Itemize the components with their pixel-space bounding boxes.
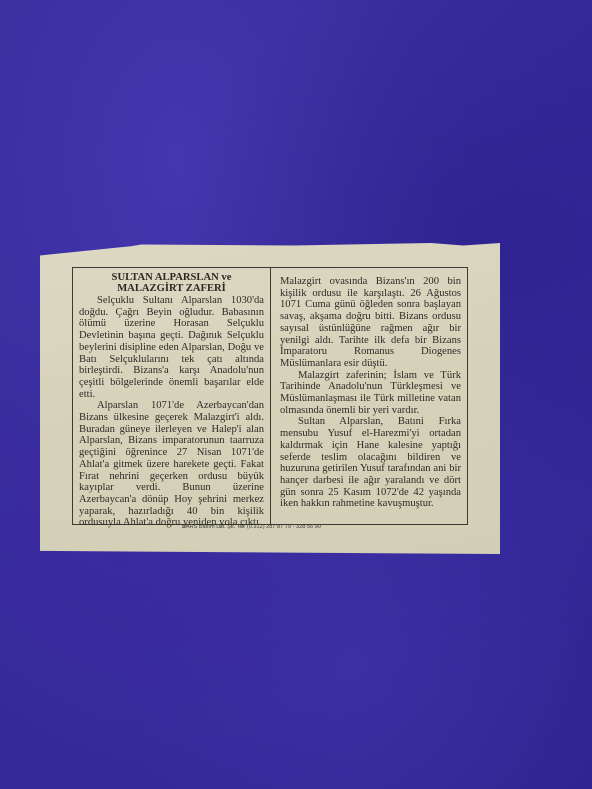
article-title-line-1: SULTAN ALPARSLAN ve xyxy=(79,272,264,283)
article-paragraph: Malazgirt ovasında Bizans'ın 200 bin kiş… xyxy=(280,276,461,370)
article-title: SULTAN ALPARSLAN ve MALAZGİRT ZAFERİ xyxy=(79,272,264,294)
article-frame: SULTAN ALPARSLAN ve MALAZGİRT ZAFERİ Sel… xyxy=(72,267,468,525)
article-left-column: SULTAN ALPARSLAN ve MALAZGİRT ZAFERİ Sel… xyxy=(73,268,271,524)
article-paragraph: Sultan Alparslan, Batıni Fırka mensubu Y… xyxy=(280,416,461,510)
article-paragraph: Selçuklu Sultanı Alparslan 1030'da doğdu… xyxy=(79,295,264,400)
newspaper-clipping: SULTAN ALPARSLAN ve MALAZGİRT ZAFERİ Sel… xyxy=(40,243,500,554)
article-paragraph: Malazgirt zaferinin; İslam ve Türk Tarih… xyxy=(280,370,461,417)
article-paragraph: Alparslan 1071'de Azerbaycan'dan Bizans … xyxy=(79,400,264,529)
publisher-footer: BARS Basım Ltd. Şti. Tel: (0.312) 287 87… xyxy=(182,524,321,530)
article-title-line-2: MALAZGİRT ZAFERİ xyxy=(79,283,264,294)
article-right-column: Malazgirt ovasında Bizans'ın 200 bin kiş… xyxy=(272,268,467,524)
